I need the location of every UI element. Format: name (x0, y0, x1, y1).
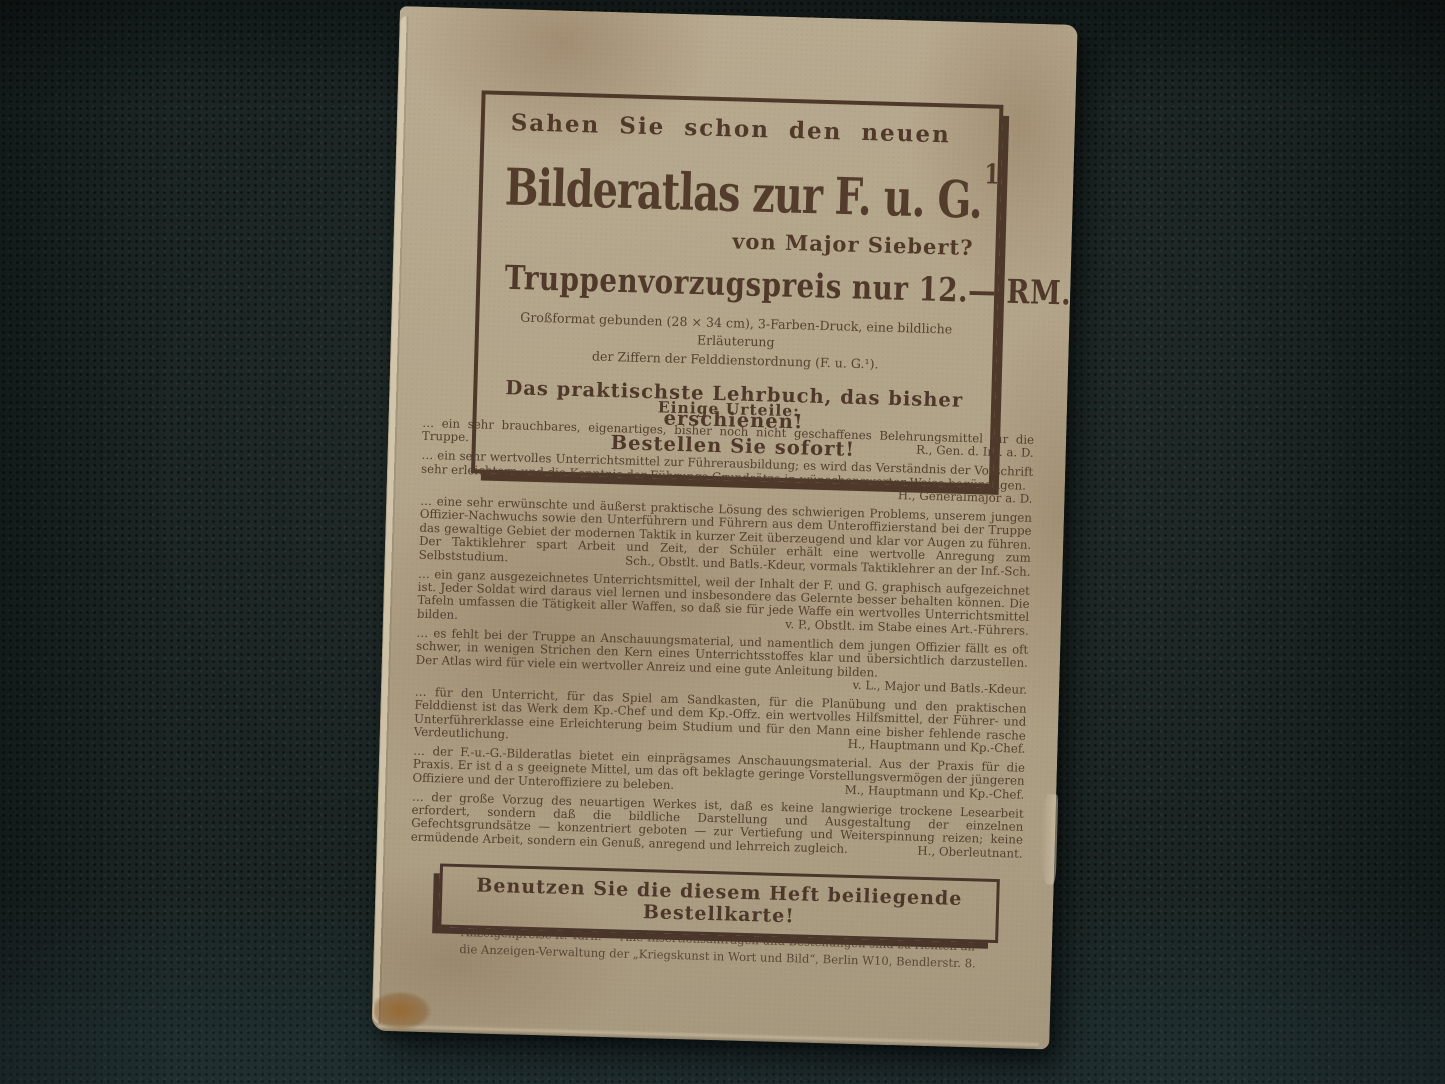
testimonial: … der große Vorzug des neuartigen Werkes… (411, 790, 1024, 861)
advert-title-superscript: 1 (984, 158, 999, 191)
advert-title: Bilderatlas zur F. u. G.1 (504, 145, 962, 230)
testimonial: … es fehlt bei der Truppe an Anschauungs… (415, 626, 1028, 697)
photo-of-magazine-back-cover: Sahen Sie schon den neuen Bilderatlas zu… (0, 0, 1445, 1084)
testimonial-signature: v. L., Major und Batls.-Kdeur. (852, 679, 1027, 697)
reviews-section: Einige Urteile: … ein sehr brauchbares, … (410, 391, 1035, 867)
testimonial: … ein ganz ausgezeichnetes Unterrichtsmi… (417, 567, 1030, 638)
testimonial-signature: R., Gen. d. Inf. a. D. (916, 444, 1034, 461)
advert-price-line: Truppenvorzugspreis nur 12.— RM. (504, 258, 970, 310)
advert-title-text: Bilderatlas zur F. u. G. (504, 157, 983, 230)
testimonial: … eine sehr erwünschte und äußerst prakt… (418, 495, 1032, 579)
magazine-back-cover: Sahen Sie schon den neuen Bilderatlas zu… (371, 6, 1077, 1050)
order-card-label: Benutzen Sie die diesem Heft beiliegende… (452, 874, 987, 933)
damaged-corner (373, 984, 444, 1034)
advert-details: Großformat gebunden (28 × 34 cm), 3-Farb… (500, 308, 971, 376)
testimonial-signature: H., Oberleutnant. (917, 845, 1023, 861)
testimonial-text: … eine sehr erwünschte und äußerst prakt… (418, 495, 1032, 565)
advert-tagline: Sahen Sie schon den neuen (506, 109, 977, 149)
testimonial: … für den Unterricht, für das Spiel am S… (414, 685, 1027, 756)
torn-right-edge (1040, 794, 1059, 884)
